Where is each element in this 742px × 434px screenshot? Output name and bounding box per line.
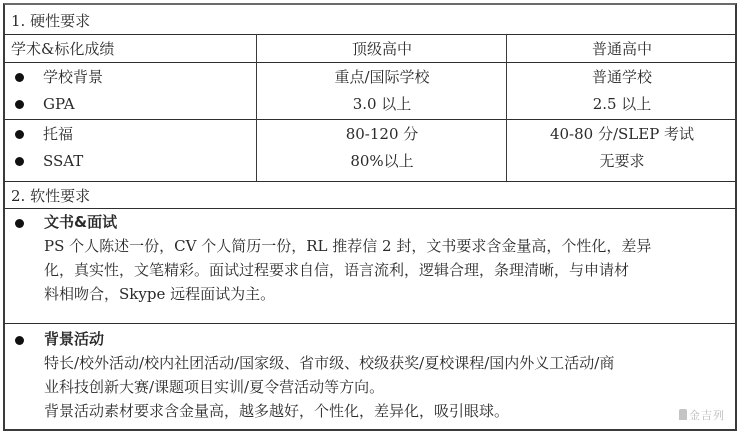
- cell-normal-gpa: 2.5 以上: [507, 95, 737, 113]
- section1-title: 1. 硬性要求: [11, 12, 90, 30]
- requirements-table: 1. 硬性要求 学术&标化成绩 顶级高中 普通高中 学校背景 重点/国际学校 普…: [3, 3, 737, 431]
- cell-top-school-background: 重点/国际学校: [257, 68, 507, 86]
- bullet-icon: [15, 336, 24, 345]
- header-top-high-school: 顶级高中: [257, 40, 507, 58]
- cell-top-ssat: 80%以上: [257, 152, 507, 170]
- divider: [5, 181, 735, 182]
- divider: [5, 208, 735, 209]
- divider: [5, 34, 735, 35]
- bullet-icon: [15, 219, 24, 228]
- cell-normal-toefl: 40-80 分/SLEP 考试: [507, 125, 737, 143]
- cell-normal-school-background: 普通学校: [507, 68, 737, 86]
- item-heading-essays-interview: 文书&面试: [44, 213, 117, 231]
- column-divider: [256, 34, 257, 181]
- text-line: 化，真实性，文笔精彩。面试过程要求自信，语言流利，逻辑合理，条理清晰，与申请材: [44, 258, 725, 282]
- row-label-school-background: 学校背景: [43, 68, 103, 86]
- item-heading-background-activities: 背景活动: [44, 330, 104, 348]
- text-line: 业科技创新大赛/课题项目实训/夏令营活动等方向。: [44, 375, 725, 399]
- cell-normal-ssat: 无要求: [507, 152, 737, 170]
- cell-top-gpa: 3.0 以上: [257, 95, 507, 113]
- row-label-toefl: 托福: [43, 125, 73, 143]
- text-line: PS 个人陈述一份，CV 个人简历一份，RL 推荐信 2 封，文书要求含金量高，…: [44, 234, 725, 258]
- bullet-icon: [15, 100, 24, 109]
- cell-top-toefl: 80-120 分: [257, 125, 507, 143]
- bullet-icon: [15, 157, 24, 166]
- text-line: 背景活动素材要求含金量高，越多越好，个性化，差异化，吸引眼球。: [44, 399, 725, 423]
- header-academic: 学术&标化成绩: [11, 40, 114, 58]
- item-body-background-activities: 特长/校外活动/校内社团活动/国家级、省市级、校级获奖/夏校课程/国内外义工活动…: [44, 351, 725, 423]
- bullet-icon: [15, 130, 24, 139]
- watermark-text: 金吉列: [689, 409, 725, 422]
- header-normal-high-school: 普通高中: [507, 40, 737, 58]
- column-divider: [506, 34, 507, 181]
- watermark: 金吉列: [679, 407, 725, 423]
- watermark-logo-icon: [679, 409, 687, 420]
- text-line: 特长/校外活动/校内社团活动/国家级、省市级、校级获奖/夏校课程/国内外义工活动…: [44, 351, 725, 375]
- item-body-essays-interview: PS 个人陈述一份，CV 个人简历一份，RL 推荐信 2 封，文书要求含金量高，…: [44, 234, 725, 306]
- divider: [5, 323, 735, 324]
- row-label-ssat: SSAT: [43, 152, 83, 170]
- text-line: 料相吻合，Skype 远程面试为主。: [44, 282, 725, 306]
- divider: [5, 119, 735, 120]
- bullet-icon: [15, 73, 24, 82]
- row-label-gpa: GPA: [43, 95, 75, 113]
- section2-title: 2. 软性要求: [11, 187, 90, 205]
- divider: [5, 62, 735, 63]
